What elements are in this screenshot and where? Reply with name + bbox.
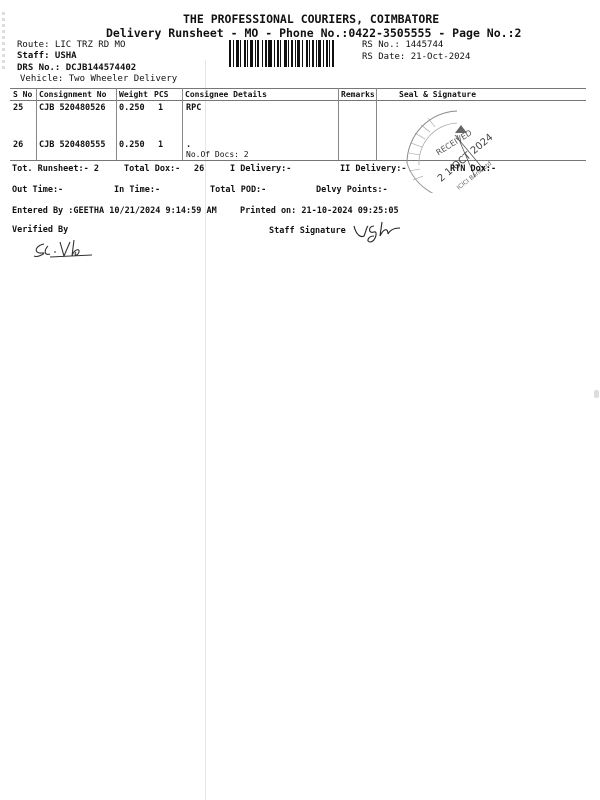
rs-date: RS Date: 21-Oct-2024 [362,52,470,62]
verified-by-label: Verified By [12,225,68,235]
in-time: In Time:- [114,185,160,195]
staff-signature [352,220,424,250]
tot-runsheet: Tot. Runsheet:- 2 [12,164,99,174]
entered-by: Entered By :GEETHA 10/21/2024 9:14:59 AM [12,206,217,216]
col-header-consignment: Consignment No [39,90,106,99]
rtn-dox: RTN Dox:- [450,164,496,174]
col-divider [116,88,117,160]
i-delivery: I Delivery:- [230,164,291,174]
cell-sno: 25 [13,103,23,113]
cell-consignee: RPC [186,103,201,113]
col-header-pcs: PCS [154,90,168,99]
cell-consignment: CJB 520480526 [39,103,106,113]
paper-fold-line [205,60,206,800]
total-pod: Total POD:- [210,185,266,195]
cell-pcs: 1 [158,103,163,113]
col-header-weight: Weight [119,90,148,99]
col-divider [182,88,183,160]
out-time: Out Time:- [12,185,63,195]
total-dox-value: 26 [194,164,204,174]
table-top-border [10,88,586,89]
staff-signature-label: Staff Signature [269,226,346,236]
runsheet-subtitle: Delivery Runsheet - MO - Phone No.:0422-… [106,26,521,40]
col-divider [36,88,37,160]
company-title: THE PROFESSIONAL COURIERS, COIMBATORE [183,12,439,26]
col-divider [376,88,377,160]
staff-label: Staff: USHA [17,51,77,61]
delvy-points: Delvy Points:- [316,185,388,195]
drs-number: DRS No.: DCJB144574402 [17,63,136,73]
cell-weight: 0.250 [119,103,145,113]
cell-pcs: 1 [158,140,163,150]
printed-on: Printed on: 21-10-2024 09:25:05 [240,206,399,216]
received-stamp: RECEIVED 2 1 OCT 2024 ICICI Bank Ltd [397,103,517,193]
verifier-signature [30,238,100,264]
scan-edge-mark [2,12,5,72]
table-header-border [10,100,586,101]
cell-consignee: . [186,140,191,150]
vehicle-label: Vehicle: Two Wheeler Delivery [20,74,177,84]
scan-speck [594,390,599,398]
route-label: Route: LIC TRZ RD MO [17,40,125,50]
cell-consignee-note: No.Of Docs: 2 [186,150,249,159]
cell-sno: 26 [13,140,23,150]
rs-number: RS No.: 1445744 [362,40,443,50]
col-divider [338,88,339,160]
col-header-sno: S No [13,90,32,99]
col-header-seal: Seal & Signature [399,90,476,99]
cell-consignment: CJB 520480555 [39,140,106,150]
cell-weight: 0.250 [119,140,145,150]
ii-delivery: II Delivery:- [340,164,407,174]
col-header-consignee: Consignee Details [185,90,267,99]
total-dox-label: Total Dox:- [124,164,180,174]
barcode [229,40,357,67]
col-header-remarks: Remarks [341,90,375,99]
